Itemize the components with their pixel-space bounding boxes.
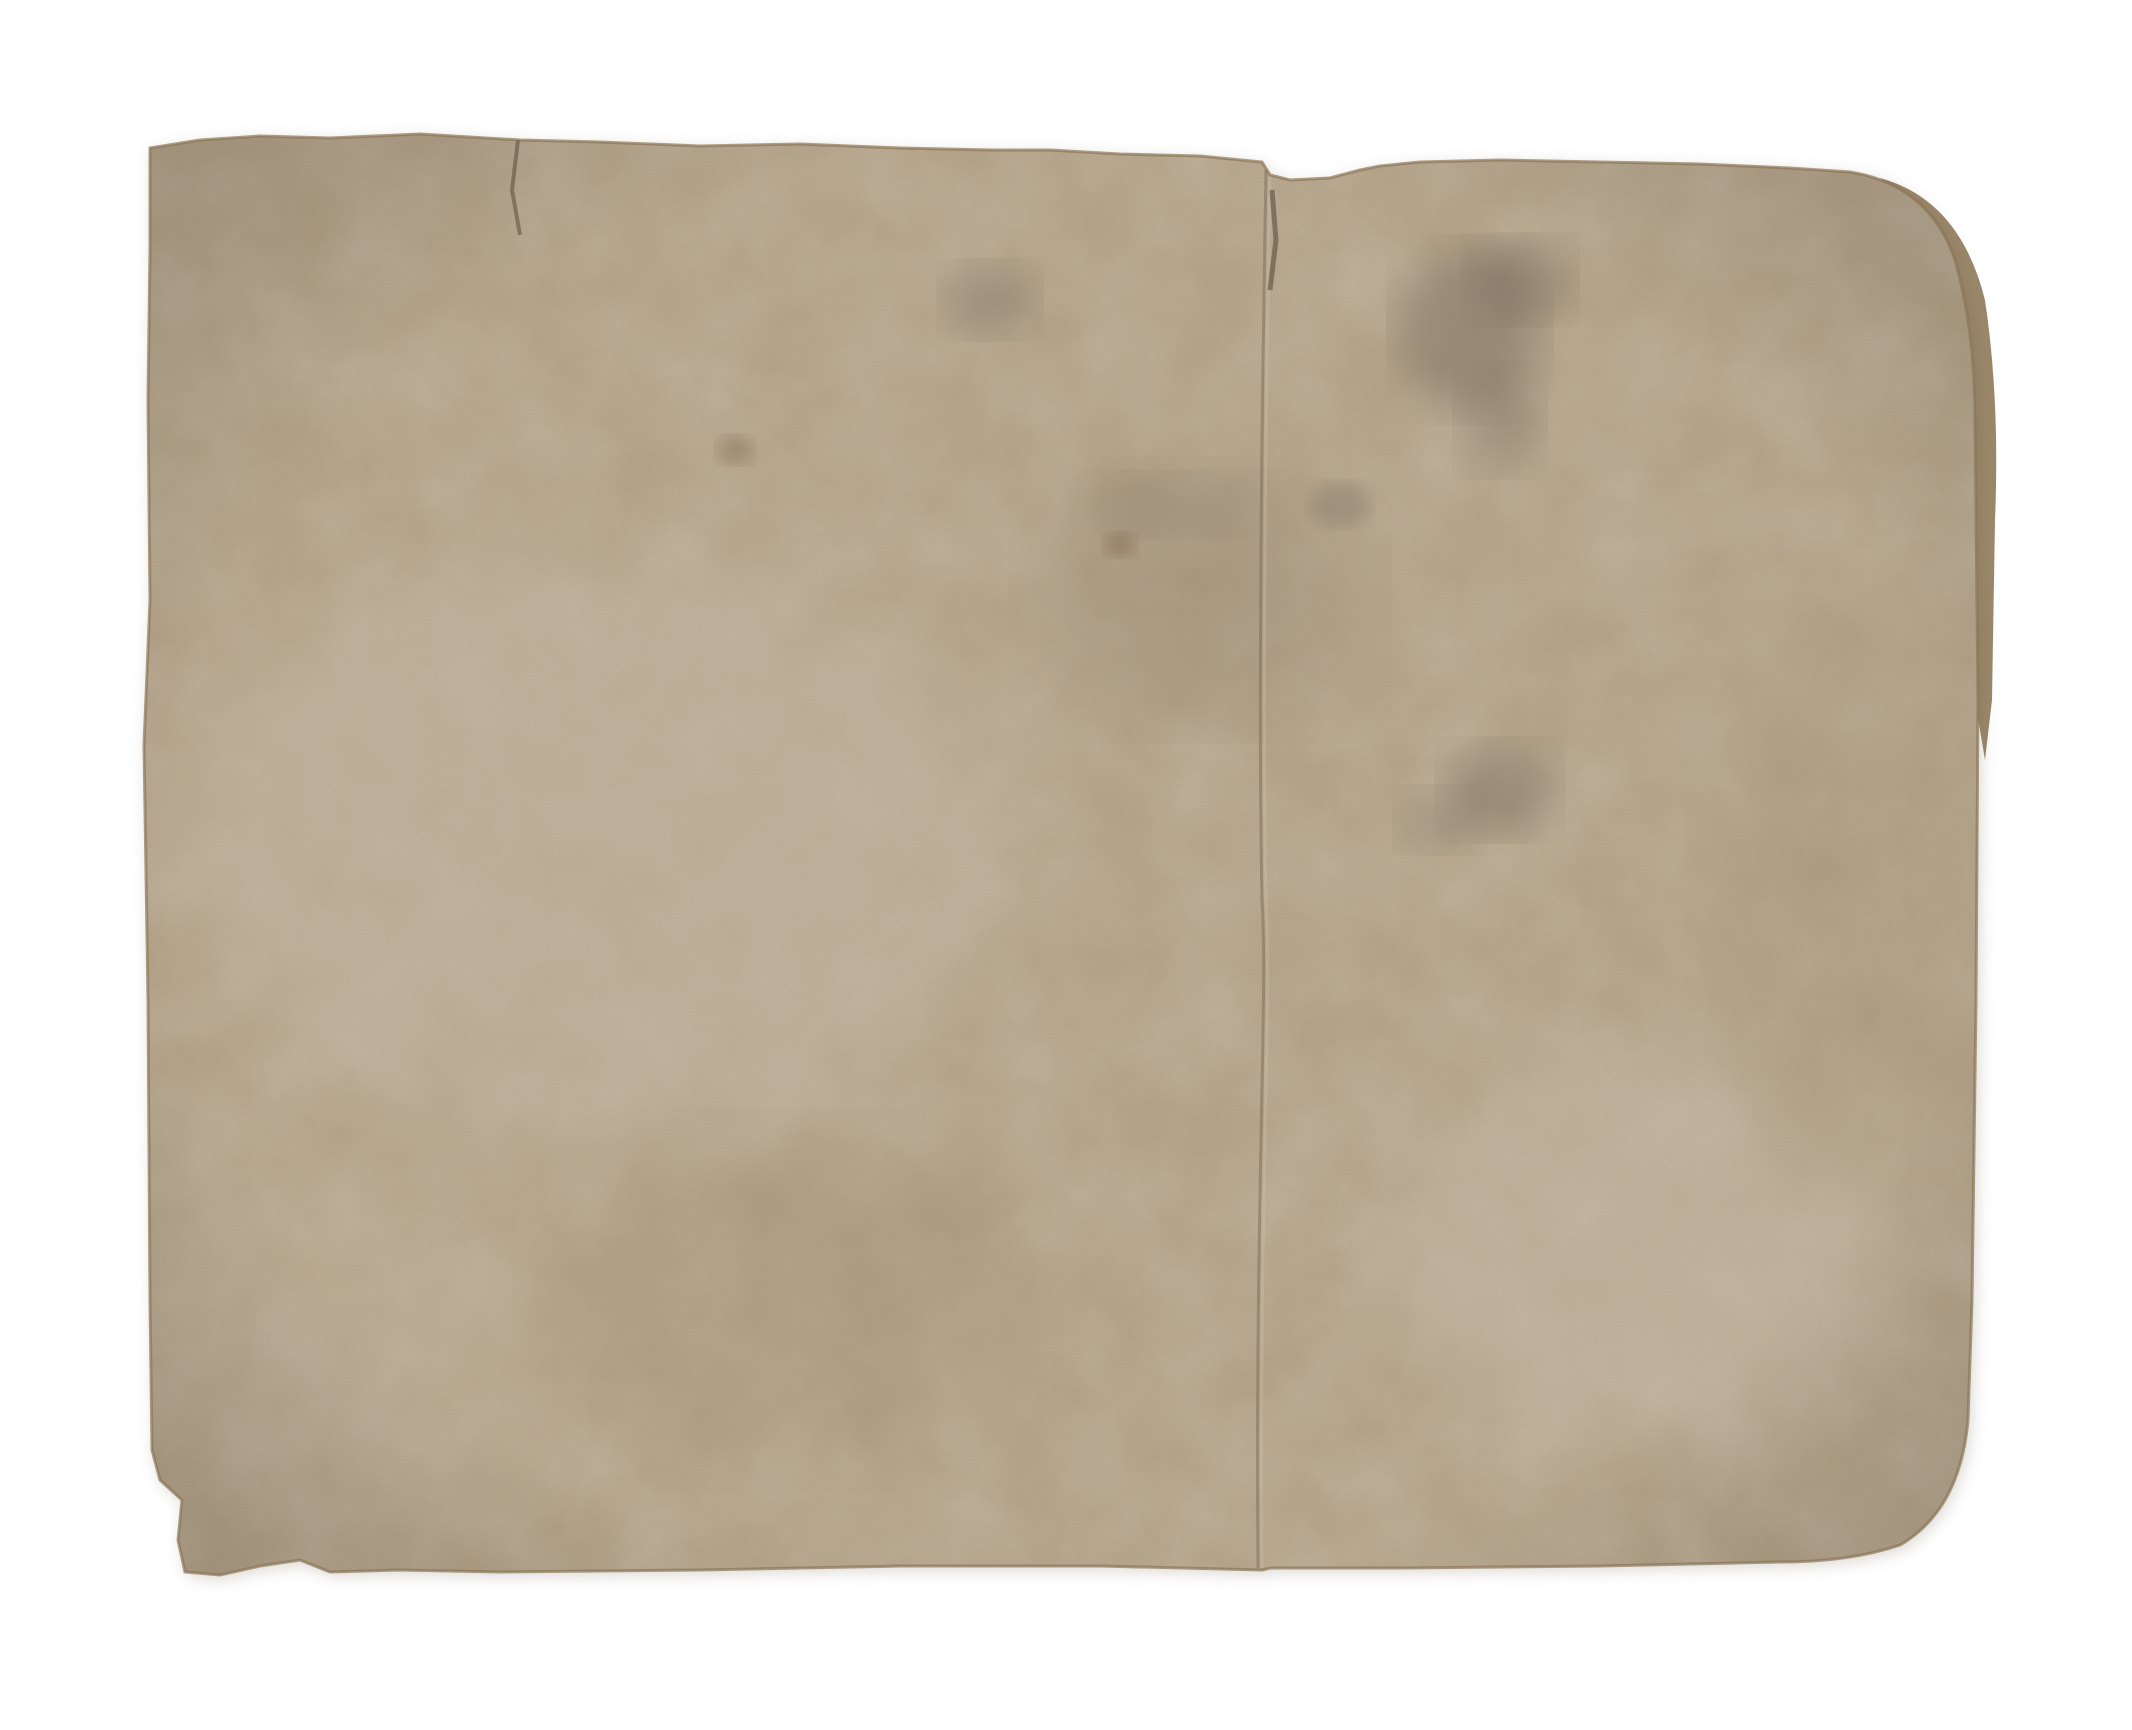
paper-sheet: [0, 0, 2132, 1730]
paper-scan-image: [0, 0, 2132, 1730]
